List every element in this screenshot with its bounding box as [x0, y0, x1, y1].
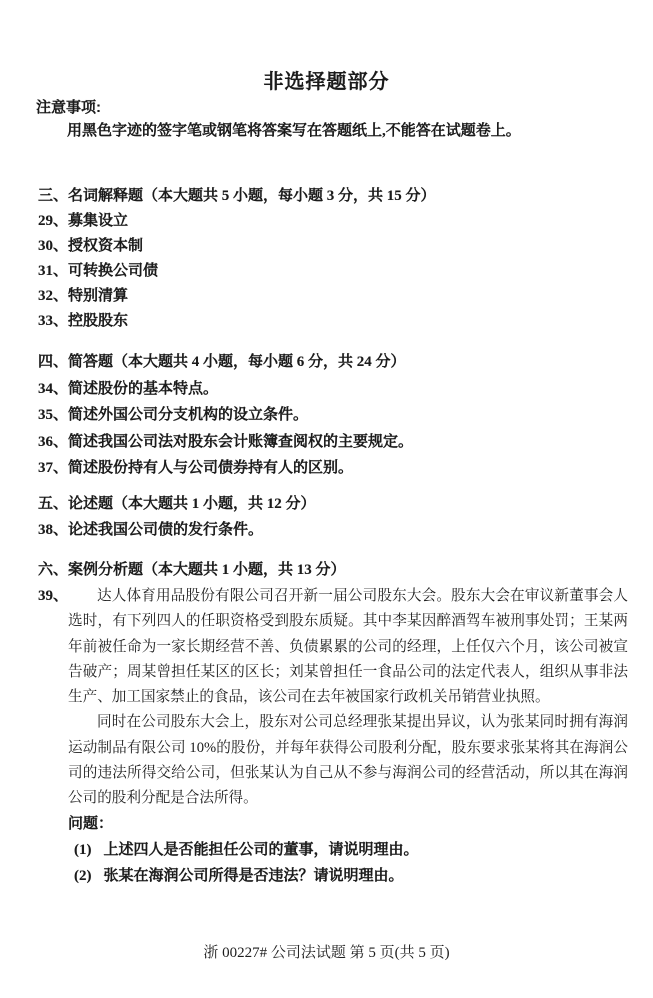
case-line: 同时在公司股东大会上，股东对公司总经理张某提出异议，认为张某同时拥有海润: [68, 710, 628, 735]
short-answer-item: 37、简述股份持有人与公司债券持有人的区别。: [38, 455, 633, 482]
item-text: 可转换公司债: [68, 263, 158, 279]
question-number: (2): [74, 863, 92, 890]
short-answer-item: 36、简述我国公司法对股东会计账簿查阅权的主要规定。: [38, 429, 633, 456]
item-number: 31、: [38, 259, 68, 284]
section-short-answer: 四、简答题（本大题共 4 小题，每小题 6 分，共 24 分） 34、简述股份的…: [38, 349, 633, 482]
item-text: 简述股份持有人与公司债券持有人的区别。: [68, 460, 353, 476]
case-line: 选时，有下列四人的任职资格受到股东质疑。其中李某因醉酒驾车被刑事处罚；王某两: [68, 609, 628, 634]
term-item: 33、控股股东: [38, 309, 633, 334]
section-heading: 六、案例分析题（本大题共 1 小题，共 13 分）: [38, 558, 633, 583]
case-line: 司的违法所得交给公司，但张某认为自己从不参与海润公司的经营活动，所以其在海润: [68, 761, 628, 786]
item-number: 38、: [38, 518, 68, 544]
notice-label: 注意事项:: [36, 96, 101, 117]
case-line: 达人体育用品股份有限公司召开新一届公司股东大会。股东大会在审议新董事会人: [68, 584, 628, 609]
term-item: 32、特别清算: [38, 284, 633, 309]
item-number: 34、: [38, 376, 68, 403]
case-line: 告破产；周某曾担任某区的区长；刘某曾担任一食品公司的法定代表人，组织从事非法: [68, 660, 628, 685]
item-number: 35、: [38, 402, 68, 429]
section-essay: 五、论述题（本大题共 1 小题，共 12 分） 38、论述我国公司债的发行条件。: [38, 492, 633, 543]
item-number: 33、: [38, 309, 68, 334]
item-number: 32、: [38, 284, 68, 309]
short-answer-item: 35、简述外国公司分支机构的设立条件。: [38, 402, 633, 429]
question-number: (1): [74, 837, 92, 864]
item-text: 论述我国公司债的发行条件。: [68, 522, 263, 538]
term-item: 31、可转换公司债: [38, 259, 633, 284]
item-text: 简述我国公司法对股东会计账簿查阅权的主要规定。: [68, 434, 413, 450]
case-line: 年前被任命为一家长期经营不善、负债累累的公司的经理，上任仅六个月，该公司被宣: [68, 635, 628, 660]
item-text: 授权资本制: [68, 238, 143, 254]
question-item: (1)上述四人是否能担任公司的董事，请说明理由。: [74, 837, 630, 864]
question-item: (2)张某在海润公司所得是否违法？请说明理由。: [74, 863, 630, 890]
item-text: 特别清算: [68, 288, 128, 304]
section-case-analysis: 六、案例分析题（本大题共 1 小题，共 13 分）: [38, 558, 633, 583]
term-item: 29、募集设立: [38, 209, 633, 234]
section-heading: 五、论述题（本大题共 1 小题，共 12 分）: [38, 492, 633, 518]
item-text: 简述股份的基本特点。: [68, 381, 218, 397]
question-text: 上述四人是否能担任公司的董事，请说明理由。: [104, 842, 419, 858]
short-answer-item: 34、简述股份的基本特点。: [38, 376, 633, 403]
item-text: 控股股东: [68, 313, 128, 329]
page-footer: 浙 00227# 公司法试题 第 5 页(共 5 页): [0, 941, 653, 962]
case-study-block: 39、 达人体育用品股份有限公司召开新一届公司股东大会。股东大会在审议新董事会人…: [38, 584, 630, 890]
item-number: 29、: [38, 209, 68, 234]
item-number: 30、: [38, 234, 68, 259]
section-heading: 四、简答题（本大题共 4 小题，每小题 6 分，共 24 分）: [38, 349, 633, 376]
section-heading: 三、名词解释题（本大题共 5 小题，每小题 3 分，共 15 分）: [38, 184, 633, 209]
item-text: 简述外国公司分支机构的设立条件。: [68, 407, 308, 423]
item-number: 37、: [38, 455, 68, 482]
item-text: 募集设立: [68, 213, 128, 229]
case-number: 39、: [38, 584, 68, 609]
case-line: 公司的股利分配是合法所得。: [68, 786, 628, 811]
question-text: 张某在海润公司所得是否违法？请说明理由。: [104, 868, 404, 884]
questions-label: 问题：: [68, 812, 630, 837]
essay-item: 38、论述我国公司债的发行条件。: [38, 518, 633, 544]
case-line: 生产、加工国家禁止的食品，该公司在去年被国家行政机关吊销营业执照。: [68, 685, 628, 710]
case-line: 运动制品有限公司 10%的股份，并每年获得公司股利分配，股东要求张某将其在海润公: [68, 736, 628, 761]
term-item: 30、授权资本制: [38, 234, 633, 259]
section-term-definitions: 三、名词解释题（本大题共 5 小题，每小题 3 分，共 15 分） 29、募集设…: [38, 184, 633, 334]
exam-page: 非选择题部分 注意事项: 用黑色字迹的签字笔或钢笔将答案写在答题纸上,不能答在试…: [0, 0, 653, 998]
item-number: 36、: [38, 429, 68, 456]
page-title: 非选择题部分: [0, 65, 653, 94]
notice-text: 用黑色字迹的签字笔或钢笔将答案写在答题纸上,不能答在试题卷上。: [67, 119, 521, 140]
